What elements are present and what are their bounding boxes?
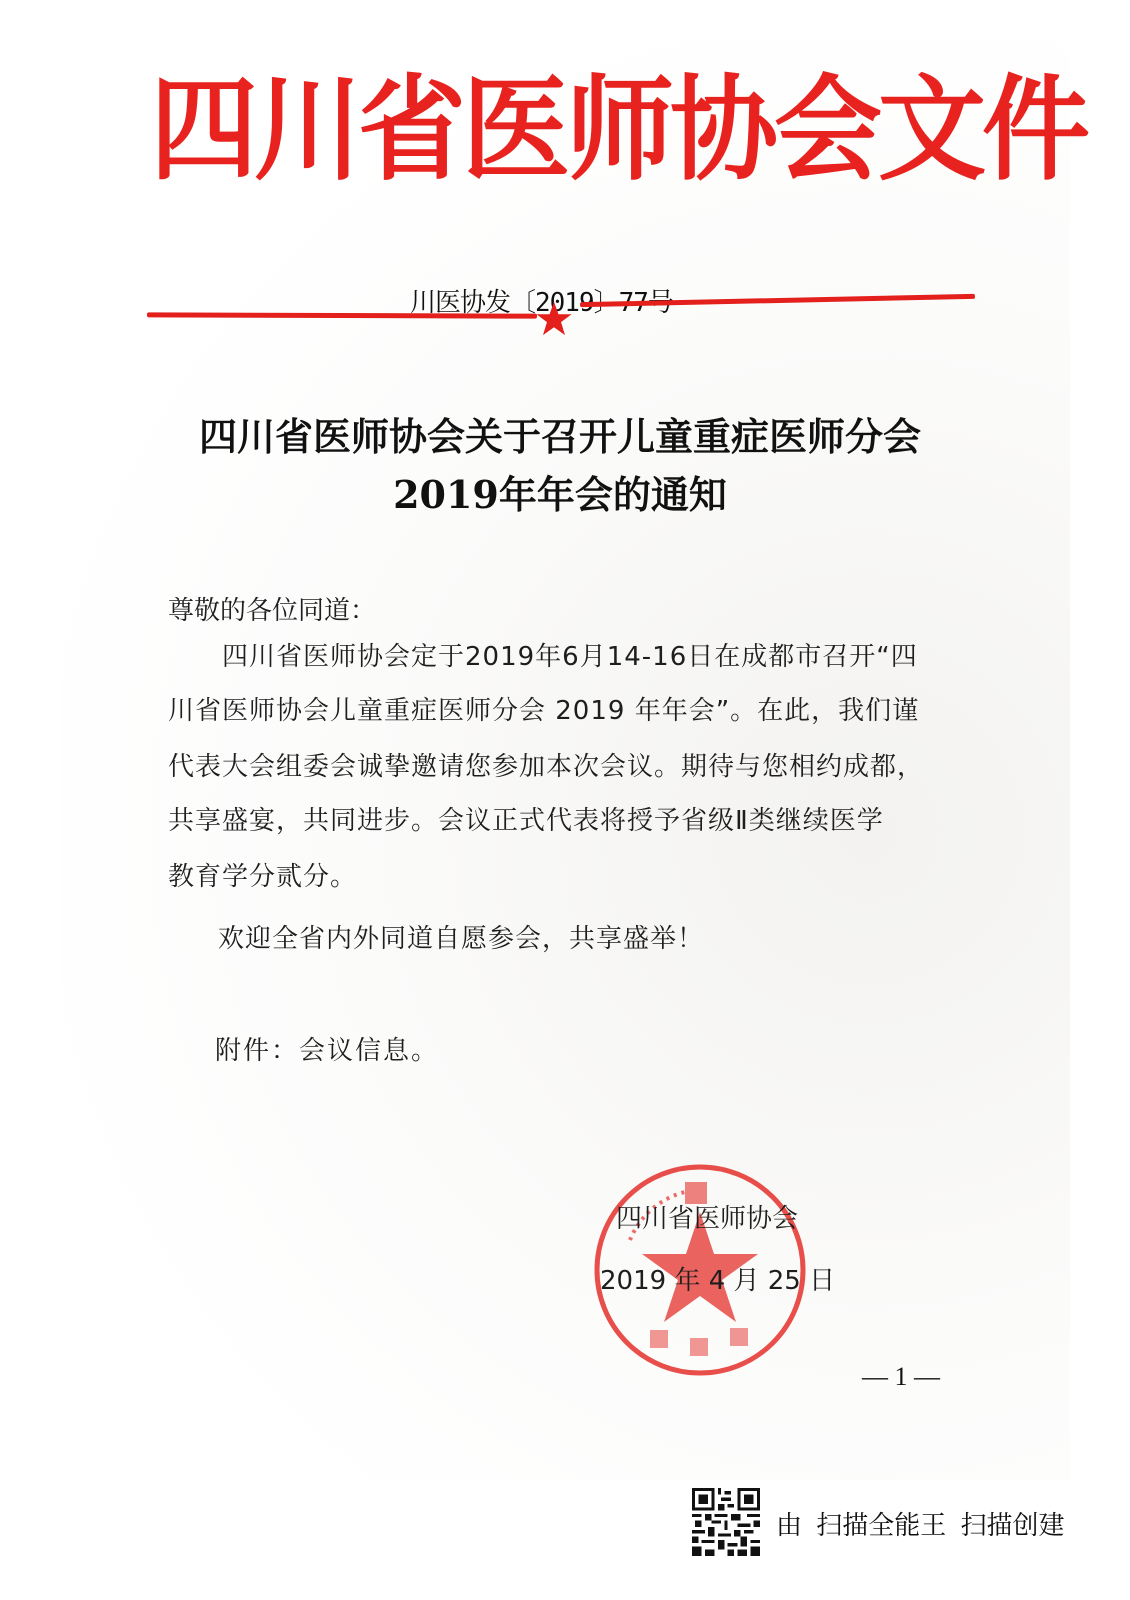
salutation: 尊敬的各位同道：	[168, 590, 376, 627]
signature-date: 2019 年 4 月 25 日	[600, 1260, 835, 1297]
paragraph1-line1: 四川省医师协会定于2019年6月14-16日在成都市召开“四	[222, 636, 918, 673]
attachment-note: 附件：会议信息。	[215, 1030, 439, 1067]
paragraph1-line4: 共享盛宴，共同进步。会议正式代表将授予省级Ⅱ类继续医学	[168, 800, 884, 837]
notice-title: 四川省医师协会关于召开儿童重症医师分会 2019年年会的通知	[150, 408, 970, 524]
paragraph1-line5: 教育学分贰分。	[168, 856, 357, 893]
notice-title-line2: 2019年年会的通知	[150, 466, 970, 524]
qr-code-icon	[692, 1488, 760, 1556]
signature-organization: 四川省医师协会	[616, 1198, 798, 1235]
scanner-watermark: 由 扫描全能王 扫描创建	[776, 1505, 1065, 1542]
paragraph2: 欢迎全省内外同道自愿参会，共享盛举！	[218, 918, 704, 955]
document-masthead: 四川省医师协会文件	[150, 67, 980, 193]
page-number: — 1 —	[862, 1362, 940, 1392]
red-star-icon	[535, 300, 573, 338]
notice-title-line1: 四川省医师协会关于召开儿童重症医师分会	[150, 408, 970, 466]
paragraph1-line2: 川省医师协会儿童重症医师分会 2019 年年会”。在此，我们谨	[168, 690, 919, 727]
paragraph1-line3: 代表大会组委会诚挚邀请您参加本次会议。期待与您相约成都，	[168, 746, 924, 783]
